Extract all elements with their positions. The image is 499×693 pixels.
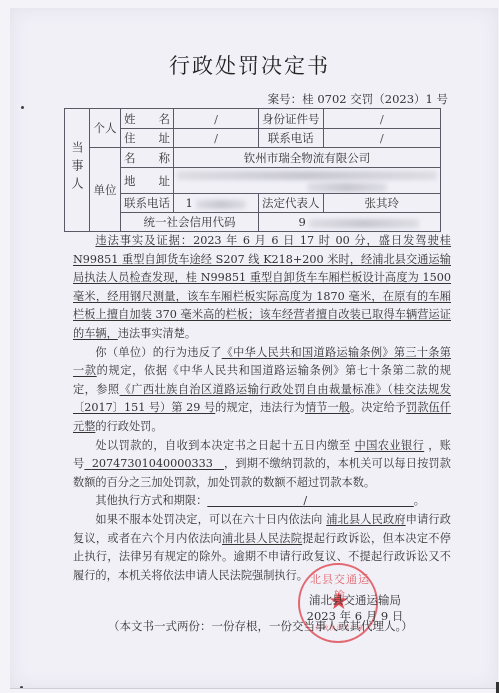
organization-address-label: 地 址 [121,168,174,194]
facts-paragraph: 违法事实及证据：2023 年 6 月 6 日 17 时 00 分，盛日发驾驶桂 … [73,232,451,344]
organization-name-value: 钦州市瑞全物流有限公司 [174,148,441,168]
document-body: 违法事实及证据：2023 年 6 月 6 日 17 时 00 分，盛日发驾驶桂 … [73,232,451,585]
organization-address-value [174,168,441,194]
facts-tail: 违法事实清楚。 [118,327,196,340]
organization-phone-label: 联系电话 [121,194,174,213]
individual-phone-label: 联系电话 [259,129,324,148]
scan-dot [21,106,24,109]
individual-address-value: / [174,129,259,148]
legal-rep-value: 张其玲 [323,194,441,213]
payment-paragraph: 处以罚款的，自收到本决定书之日起十五日内缴至 中国农业银行 ，账号 207473… [73,437,451,493]
organization-type-label: 单位 [90,148,121,232]
redacted-address-line2 [307,183,387,192]
party-info-table: 当事人 个人 姓 名 / 身份证件号 / 住 址 / 联系电话 / 单位 名 称… [64,108,441,232]
organization-phone-value: 1 [174,194,259,213]
credit-code-value: 9 [259,213,441,232]
individual-type-label: 个人 [90,109,121,148]
other-enforcement-paragraph: 其他执行方式和期限： / 。 [73,492,451,511]
payment-bank: 中国农业银行 [355,439,425,452]
redacted-address-line1 [177,171,437,180]
credit-code-label: 统一社会信用代码 [121,213,259,232]
individual-address-label: 住 址 [121,129,174,148]
legal-rep-label: 法定代表人 [259,194,324,213]
document-title: 行政处罚决定书 [0,50,499,80]
other-enforcement-value: / [207,494,414,507]
party-label: 当事人 [65,109,90,232]
facts-text: 违法事实及证据：2023 年 6 月 6 日 17 时 00 分，盛日发驾驶桂 … [73,234,451,340]
individual-id-label: 身份证件号 [259,109,324,129]
individual-name-label: 姓 名 [121,109,174,129]
organization-name-label: 名 称 [121,148,174,168]
page-edge [10,688,498,689]
footer-note: （本文书一式两份：一份存根，一份交当事人或其代理人。） [108,618,413,634]
individual-phone-value: / [323,129,441,148]
appeal-paragraph: 如果不服本处罚决定，可以在六十日内依法向 浦北县人民政府申请行政复议，或者在六个… [73,511,451,585]
individual-name-value: / [174,109,259,129]
issuing-authority: 浦北县交通运输局 [300,592,410,608]
case-number: 案号：桂 0702 交罚（2023）1 号 [268,91,448,107]
review-authority: 浦北县人民政府 [326,513,405,526]
payment-account: 20747301040000333 [84,457,224,470]
individual-id-value: / [323,109,441,129]
redacted-phone [196,200,246,209]
severity: 情节一般 [305,401,350,414]
violation-paragraph: 你（单位）的行为违反了《中华人民共和国道路运输条例》第三十条第一款的规定，依据《… [73,344,451,437]
court: 浦北县人民法院 [222,532,302,545]
redacted-credit-code [309,219,419,228]
